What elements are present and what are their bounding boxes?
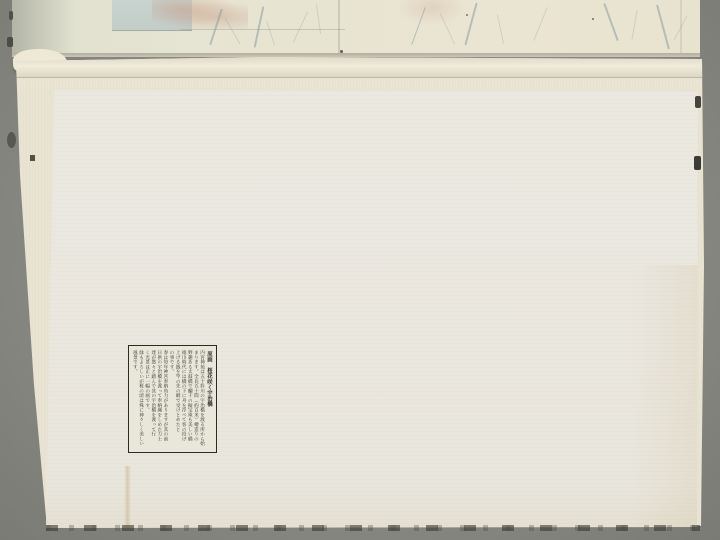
edge-nick (694, 156, 701, 170)
vertical-crease (338, 0, 340, 56)
colophon-column: 緑もよろしいが桜の頃は殊に神々しく美しい (137, 350, 143, 449)
edge-nick (695, 96, 701, 108)
front-page-edge (12, 0, 700, 57)
fold-highlight (14, 57, 704, 77)
colophon-column: く光景は正に一幅の画です。 (144, 350, 150, 449)
sketch-line (497, 14, 504, 44)
colophon-label: 原画 桜花咲く宇治橋 内宮神苑は五十鈴川の宇治橋を渡る所から始 まります。全長五… (128, 345, 217, 453)
photo-of-print-verso: 原画 桜花咲く宇治橋 内宮神苑は五十鈴川の宇治橋を渡る所から始 まります。全長五… (0, 0, 720, 540)
colophon-column: 内宮神苑は五十鈴川の宇治橋を渡る所から始 (198, 350, 204, 449)
sketch-line (533, 7, 547, 41)
sketch-line (656, 5, 670, 50)
backing-sheet (44, 90, 700, 528)
colophon-column: 春は毎年神宮奉納角力がありますが其の前 (162, 350, 168, 449)
bottom-edge-shadow (46, 525, 700, 531)
colophon-column: まります。全長五十間（約百米）檜造りの (192, 350, 198, 449)
colophon-text: 原画 桜花咲く宇治橋 内宮神苑は五十鈴川の宇治橋を渡る所から始 まります。全長五… (132, 350, 213, 449)
fold-shadow (12, 53, 700, 57)
pink-pigment-patch (152, 0, 248, 29)
sketch-line (293, 11, 308, 42)
sketch-line (603, 3, 619, 41)
edge-nick (9, 11, 13, 20)
colophon-column: 野趣ある太鼓橋で欄干の擬宝珠も美しい橋 (186, 350, 192, 449)
edge-notch (7, 132, 16, 148)
colophon-column: 日供の宇治橋を渡って奉納縄をしめた力士 (156, 350, 162, 449)
sketch-line (631, 10, 637, 40)
edge-nick (7, 37, 13, 47)
pink-pigment-patch (397, 0, 467, 26)
ink-square-mark (30, 155, 35, 161)
colophon-column: 達が悠々と踏んで其の宇治橋を渡って行 (150, 350, 156, 449)
colophon-column: 徳川時代には橋の下に舟を浮べて客の投げ (180, 350, 186, 449)
speck (592, 18, 594, 20)
paper-tone-variation (44, 488, 700, 528)
speck (466, 14, 468, 16)
sketch-line (254, 6, 265, 47)
speck (340, 50, 343, 53)
stain-streak (124, 466, 131, 528)
sketch-line (266, 20, 275, 45)
print-title: 原画 桜花咲く宇治橋 (205, 350, 214, 449)
